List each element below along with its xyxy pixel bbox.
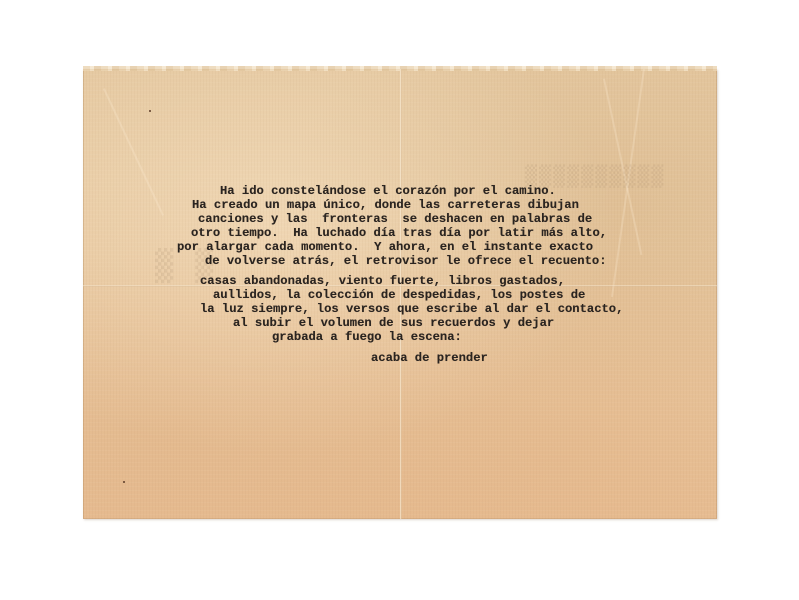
poem-line: casas abandonadas, viento fuerte, libros… <box>200 274 565 288</box>
poem-line: grabada a fuego la escena: <box>272 330 462 344</box>
closing-line: acaba de prender <box>371 351 488 365</box>
poem-line: la luz siempre, los versos que escribe a… <box>200 302 623 316</box>
poem-line: otro tiempo. Ha luchado día tras día por… <box>191 226 607 240</box>
poem-line: de volverse atrás, el retrovisor le ofre… <box>205 254 607 268</box>
poem-line: Ha creado un mapa único, donde las carre… <box>192 198 579 212</box>
poem-line: canciones y las fronteras se deshacen en… <box>198 212 592 226</box>
poem-line: al subir el volumen de sus recuerdos y d… <box>233 316 554 330</box>
ink-speck <box>123 481 125 483</box>
ink-speck <box>149 110 151 112</box>
poem-line: por alargar cada momento. Y ahora, en el… <box>177 240 593 254</box>
poem-text: Ha ido constelándose el corazón por el c… <box>0 0 15 210</box>
crease-mark <box>103 88 164 216</box>
poem-line: aullidos, la colección de despedidas, lo… <box>213 288 585 302</box>
poem-line: Ha ido constelándose el corazón por el c… <box>220 184 556 198</box>
